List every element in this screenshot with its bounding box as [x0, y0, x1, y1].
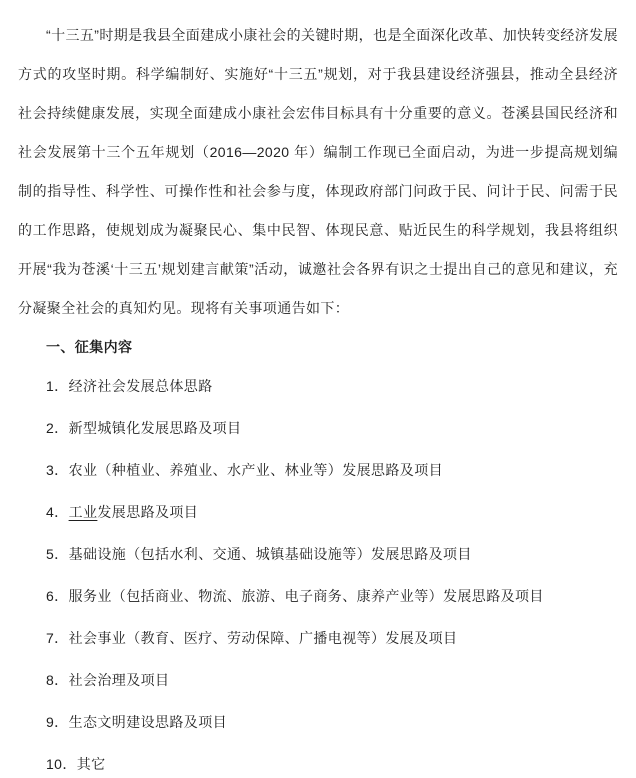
- item-text: 其它: [77, 756, 106, 772]
- item-text: 发展思路及项目: [97, 504, 198, 520]
- item-text: 经济社会发展总体思路: [69, 378, 213, 394]
- item-number: 1．: [46, 378, 69, 394]
- item-number: 4．: [46, 504, 69, 520]
- item-number: 6．: [46, 588, 69, 604]
- underlined-text: 工业: [69, 504, 98, 520]
- item-number: 5．: [46, 546, 69, 562]
- list-item: 2．新型城镇化发展思路及项目: [18, 409, 618, 448]
- document-page: “十三五”时期是我县全面建成小康社会的关键时期，也是全面深化改革、加快转变经济发…: [0, 0, 636, 778]
- item-text: 生态文明建设思路及项目: [69, 714, 227, 730]
- list-item: 9．生态文明建设思路及项目: [18, 703, 618, 742]
- item-text: 新型城镇化发展思路及项目: [69, 420, 242, 436]
- list-item: 6．服务业（包括商业、物流、旅游、电子商务、康养产业等）发展思路及项目: [18, 577, 618, 616]
- section-heading: 一、征集内容: [18, 328, 618, 367]
- list-item: 4．工业发展思路及项目: [18, 493, 618, 532]
- item-text: 社会治理及项目: [69, 672, 170, 688]
- item-text: 服务业（包括商业、物流、旅游、电子商务、康养产业等）发展思路及项目: [69, 588, 544, 604]
- item-number: 10．: [46, 756, 77, 772]
- list-item: 7．社会事业（教育、医疗、劳动保障、广播电视等）发展及项目: [18, 619, 618, 658]
- item-number: 3．: [46, 462, 69, 478]
- item-text: 社会事业（教育、医疗、劳动保障、广播电视等）发展及项目: [69, 630, 458, 646]
- list-item: 8．社会治理及项目: [18, 661, 618, 700]
- notice-paragraph: “十三五”时期是我县全面建成小康社会的关键时期，也是全面深化改革、加快转变经济发…: [18, 16, 618, 328]
- item-number: 9．: [46, 714, 69, 730]
- item-text: 农业（种植业、养殖业、水产业、林业等）发展思路及项目: [69, 462, 443, 478]
- list-item: 10．其它: [18, 745, 618, 778]
- item-number: 8．: [46, 672, 69, 688]
- list-item: 5．基础设施（包括水利、交通、城镇基础设施等）发展思路及项目: [18, 535, 618, 574]
- item-number: 7．: [46, 630, 69, 646]
- list-item: 1．经济社会发展总体思路: [18, 367, 618, 406]
- item-text: 基础设施（包括水利、交通、城镇基础设施等）发展思路及项目: [69, 546, 472, 562]
- item-number: 2．: [46, 420, 69, 436]
- list-item: 3．农业（种植业、养殖业、水产业、林业等）发展思路及项目: [18, 451, 618, 490]
